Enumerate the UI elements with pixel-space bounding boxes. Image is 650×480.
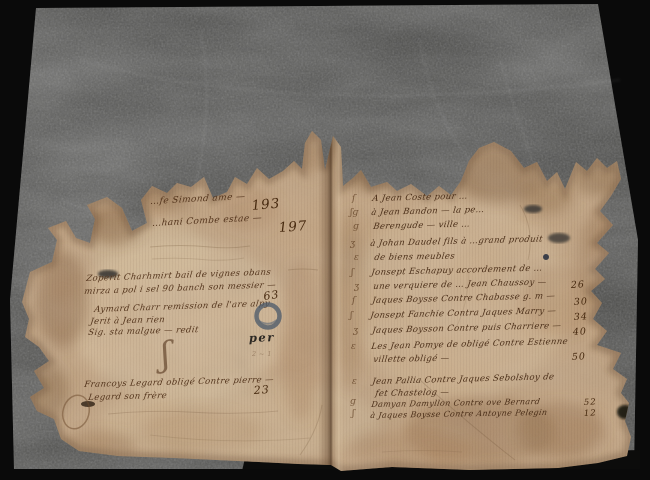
manuscript-scan: …fe Simond ame — 193 …hani Combe estae —… bbox=[0, 0, 650, 480]
entry-line: de biens meubles bbox=[374, 252, 456, 263]
entry-value: 12 bbox=[584, 408, 597, 419]
margin-mark: ɛ bbox=[352, 377, 357, 387]
entry-line: villette obligé — bbox=[373, 353, 451, 365]
margin-mark: ʒ bbox=[353, 282, 360, 292]
entry-value: 50 bbox=[572, 351, 587, 363]
fold-crease bbox=[330, 145, 331, 468]
entry-value: 30 bbox=[574, 296, 589, 308]
entry-value: 26 bbox=[570, 279, 586, 291]
margin-mark: ɛ bbox=[354, 253, 359, 263]
entry-value: 34 bbox=[574, 311, 589, 323]
bottom-frame bbox=[0, 469, 650, 480]
stamp-label: per bbox=[249, 330, 275, 345]
stamp-faint-marks: 2 ~ 1 bbox=[251, 350, 272, 358]
entry-value: 40 bbox=[572, 326, 588, 338]
header-entry-value: 193 bbox=[251, 196, 281, 214]
margin-mark: ɛ bbox=[351, 342, 356, 352]
margin-mark: ʃɡ bbox=[348, 208, 359, 218]
margin-mark: ʒ bbox=[352, 326, 359, 336]
entry-line: Jerit à Jean rien bbox=[88, 314, 166, 327]
scan-canvas: …fe Simond ame — 193 …hani Combe estae —… bbox=[0, 0, 650, 480]
margin-mark: ʒ bbox=[349, 239, 356, 249]
entry-value: 23 bbox=[252, 383, 270, 397]
header-entry-value: 197 bbox=[278, 218, 308, 236]
entry-value: 52 bbox=[584, 397, 597, 408]
entry-line: Legard son frère bbox=[87, 390, 168, 403]
entry-line: fet Chastelog — bbox=[374, 388, 450, 399]
